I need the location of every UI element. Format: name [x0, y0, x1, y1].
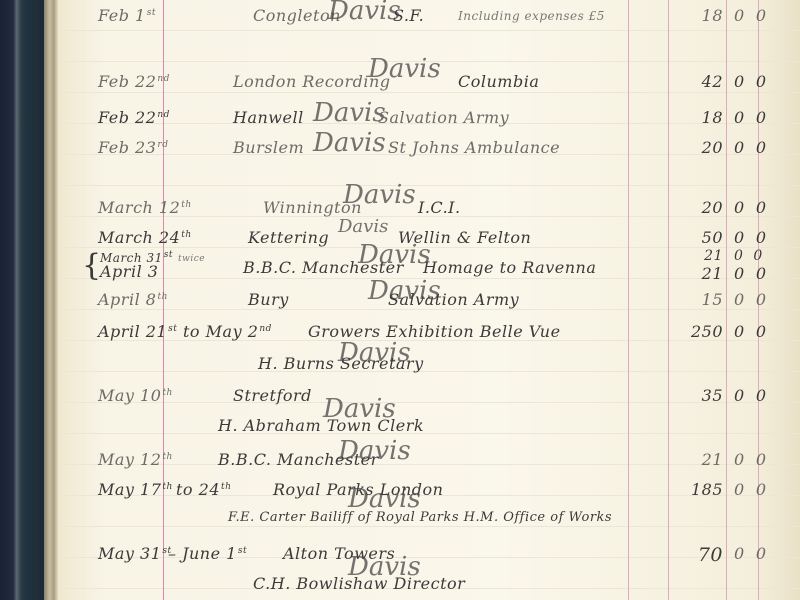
entry-note: Including expenses £5 — [458, 9, 605, 23]
page-edge — [44, 0, 58, 600]
signature: Davis — [313, 128, 386, 158]
ledger-entry-continuation: Davis F.E. Carter Bailiff of Royal Parks… — [58, 510, 800, 538]
ledger-entry: Feb 22nd London Recording Davis Columbia… — [58, 72, 800, 100]
amount-pounds: 35 — [683, 386, 723, 405]
amount-shillings-pence: 0 0 — [734, 450, 767, 469]
amount-shillings-pence: 0 0 — [734, 322, 767, 341]
ledger-entry: Feb 22nd Hanwell Davis Salvation Army 18… — [58, 108, 800, 136]
ledger-entry-continuation: Davis H. Abraham Town Clerk — [58, 416, 800, 444]
entry-description-2: S.F. — [393, 6, 424, 25]
book-spine — [0, 0, 44, 600]
ledger-entry: Feb 23rd Burslem Davis St Johns Ambulanc… — [58, 138, 800, 166]
amount-shillings-pence: 0 0 — [734, 138, 767, 157]
entry-date-range-end: to 24th — [176, 480, 231, 499]
amount-pounds: 20 — [683, 198, 723, 217]
entry-description: Hanwell — [233, 108, 304, 127]
amount-pounds: 70 — [683, 544, 723, 566]
entry-date-range-end: – June 1st — [168, 544, 247, 563]
amount-shillings-pence: 0 0 — [734, 264, 767, 283]
entry-description-2: C.H. Bowlishaw Director — [253, 574, 465, 593]
entry-date-range-end: to May 2nd — [183, 322, 272, 341]
entry-date: May 10th — [98, 386, 173, 405]
ledger-entry-continuation: Davis C.H. Bowlishaw Director — [58, 574, 800, 600]
entry-description: London Recording — [233, 72, 391, 91]
ledger-entry: April 8th Bury Davis Salvation Army 15 0… — [58, 290, 800, 318]
amount-pounds: 185 — [683, 480, 723, 499]
ledger-entry: May 17th to 24th Royal Parks London 185 … — [58, 480, 800, 508]
ledger-page: Feb 1st Congleton Davis S.F. Including e… — [58, 0, 800, 600]
signature: Davis — [338, 216, 388, 237]
amount-shillings-pence: 0 0 — [734, 290, 767, 309]
amount-pounds: 250 — [683, 322, 723, 341]
amount-pounds: 18 — [683, 6, 723, 25]
amount-shillings-pence: 0 0 — [734, 544, 767, 563]
signature: Davis — [343, 180, 416, 210]
entry-description: Kettering — [248, 228, 329, 247]
entry-date: April 3 — [100, 262, 158, 281]
amount-shillings-pence: 0 0 — [734, 72, 767, 91]
ledger-entry-continuation: Davis H. Burns Secretary — [58, 354, 800, 382]
entry-date: Feb 1st — [98, 6, 156, 25]
signature: Davis — [368, 54, 441, 84]
signature: Davis — [328, 0, 401, 26]
entry-description-2: F.E. Carter Bailiff of Royal Parks H.M. … — [228, 510, 612, 525]
entry-description-2: Salvation Army — [388, 290, 519, 309]
amount-shillings-pence: 0 0 — [734, 480, 767, 499]
entry-description-2: H. Burns Secretary — [258, 354, 424, 373]
amount-pounds: 18 — [683, 108, 723, 127]
amount-shillings-pence: 0 0 — [734, 228, 767, 247]
amount-shillings-pence: 0 0 — [734, 6, 767, 25]
entry-date: March 24th — [98, 228, 192, 247]
amount-pounds: 21 — [683, 264, 723, 283]
entry-date: Feb 22nd — [98, 108, 170, 127]
entry-description-2: Salvation Army — [378, 108, 509, 127]
entry-description: Burslem — [233, 138, 304, 157]
entry-date: May 12th — [98, 450, 173, 469]
ledger-entry: May 10th Stretford 35 0 0 — [58, 386, 800, 414]
ledger-entry: May 12th B.B.C. Manchester Davis 21 0 0 — [58, 450, 800, 478]
entry-date: May 31st — [98, 544, 172, 563]
entry-date: March 12th — [98, 198, 192, 217]
entry-description-2: H. Abraham Town Clerk — [218, 416, 424, 435]
amount-shillings-pence: 0 0 — [734, 386, 767, 405]
ledger-entry: April 21st to May 2nd Growers Exhibition… — [58, 322, 800, 350]
amount-shillings-pence: 0 0 — [734, 198, 767, 217]
entry-description-2: I.C.I. — [418, 198, 461, 217]
amount-pounds: 15 — [683, 290, 723, 309]
amount-pounds: 42 — [683, 72, 723, 91]
amount-pounds: 20 — [683, 138, 723, 157]
entry-description: Bury — [248, 290, 289, 309]
entry-description-2: St Johns Ambulance — [388, 138, 560, 157]
signature: Davis — [313, 98, 386, 128]
entry-description: Stretford — [233, 386, 312, 405]
entry-date: May 17th — [98, 480, 173, 499]
entry-description-2: Columbia — [458, 72, 539, 91]
ruling-line — [58, 185, 800, 186]
ledger-entry: Feb 1st Congleton Davis S.F. Including e… — [58, 6, 800, 34]
amount-pounds: 21 — [683, 450, 723, 469]
ledger-entry: May 31st – June 1st Alton Towers 70 0 0 — [58, 544, 800, 572]
entry-date: April 21st — [98, 322, 177, 341]
signature: Davis — [338, 436, 411, 466]
entry-date: Feb 23rd — [98, 138, 168, 157]
ledger-entry: March 12th Winnington Davis I.C.I. 20 0 … — [58, 198, 800, 226]
entry-date: April 8th — [98, 290, 168, 309]
amount-shillings-pence: 0 0 — [734, 108, 767, 127]
entry-date: Feb 22nd — [98, 72, 170, 91]
amount-pounds: 50 — [683, 228, 723, 247]
